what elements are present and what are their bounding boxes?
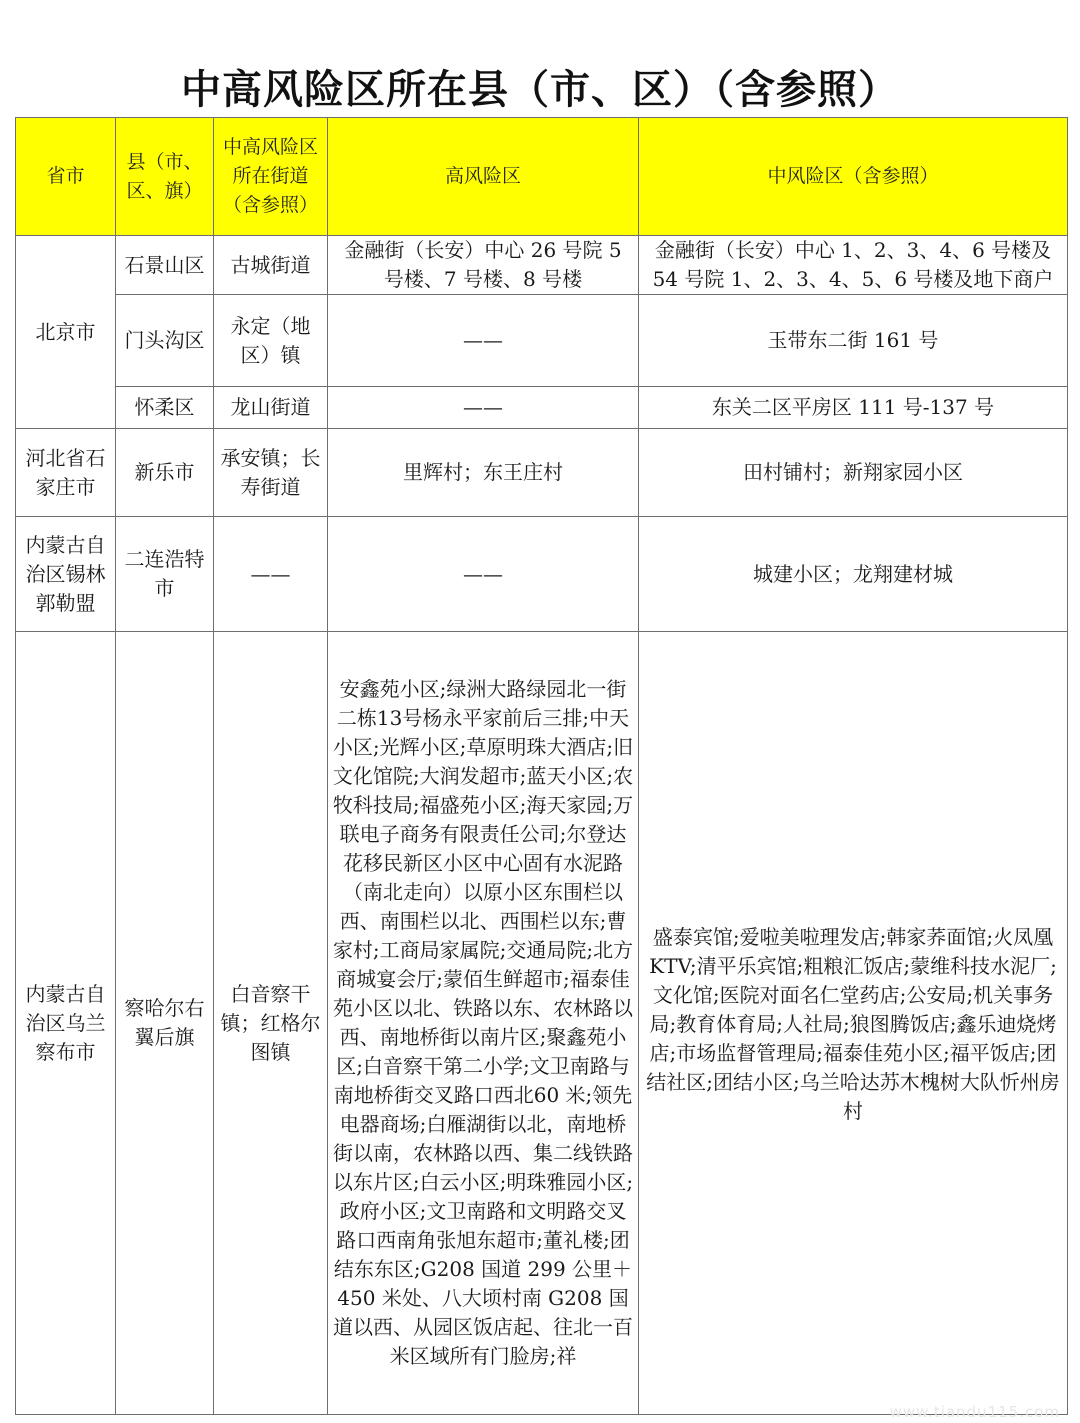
cell-street: ——: [214, 517, 328, 632]
table-row: 北京市 石景山区 古城街道 金融街（长安）中心 26 号院 5 号楼、7 号楼、…: [16, 236, 1068, 295]
cell-street: 永定（地区）镇: [214, 295, 328, 387]
header-street: 中高风险区所在街道（含参照）: [214, 118, 328, 236]
cell-street: 承安镇；长寿街道: [214, 429, 328, 517]
table-row: 怀柔区 龙山街道 —— 东关二区平房区 111 号-137 号: [16, 387, 1068, 429]
cell-medium-risk: 金融街（长安）中心 1、2、3、4、6 号楼及 54 号院 1、2、3、4、5、…: [639, 236, 1068, 295]
cell-high-risk: ——: [328, 295, 639, 387]
cell-medium-risk: 田村铺村；新翔家园小区: [639, 429, 1068, 517]
cell-county: 门头沟区: [116, 295, 214, 387]
header-county: 县（市、区、旗）: [116, 118, 214, 236]
cell-county: 石景山区: [116, 236, 214, 295]
cell-province-city: 北京市: [16, 236, 116, 429]
table-row: 门头沟区 永定（地区）镇 —— 玉带东二街 161 号: [16, 295, 1068, 387]
table-row: 河北省石家庄市 新乐市 承安镇；长寿街道 里辉村；东王庄村 田村铺村；新翔家园小…: [16, 429, 1068, 517]
cell-medium-risk: 玉带东二街 161 号: [639, 295, 1068, 387]
cell-street: 白音察干镇；红格尔图镇: [214, 632, 328, 1415]
cell-county: 二连浩特市: [116, 517, 214, 632]
cell-county: 察哈尔右翼后旗: [116, 632, 214, 1415]
cell-high-risk: 安鑫苑小区;绿洲大路绿园北一街二栋13号杨永平家前后三排;中天小区;光辉小区;草…: [328, 632, 639, 1415]
watermark: www.tiandu115.com: [890, 1403, 1060, 1421]
cell-medium-risk: 盛泰宾馆;爱啦美啦理发店;韩家荞面馆;火凤凰 KTV;清平乐宾馆;粗粮汇饭店;蒙…: [639, 632, 1068, 1415]
cell-province-city: 内蒙古自治区锡林郭勒盟: [16, 517, 116, 632]
table-row: 内蒙古自治区乌兰察布市 察哈尔右翼后旗 白音察干镇；红格尔图镇 安鑫苑小区;绿洲…: [16, 632, 1068, 1415]
cell-high-risk: 金融街（长安）中心 26 号院 5 号楼、7 号楼、8 号楼: [328, 236, 639, 295]
header-province-city: 省市: [16, 118, 116, 236]
cell-medium-risk: 城建小区；龙翔建材城: [639, 517, 1068, 632]
table-row: 内蒙古自治区锡林郭勒盟 二连浩特市 —— —— 城建小区；龙翔建材城: [16, 517, 1068, 632]
cell-medium-risk: 东关二区平房区 111 号-137 号: [639, 387, 1068, 429]
cell-high-risk: ——: [328, 387, 639, 429]
cell-county: 怀柔区: [116, 387, 214, 429]
header-medium-risk: 中风险区（含参照）: [639, 118, 1068, 236]
page-title: 中高风险区所在县（市、区）（含参照）: [0, 64, 1080, 116]
risk-area-table: 省市 县（市、区、旗） 中高风险区所在街道（含参照） 高风险区 中风险区（含参照…: [15, 117, 1068, 1415]
cell-high-risk: 里辉村；东王庄村: [328, 429, 639, 517]
cell-street: 龙山街道: [214, 387, 328, 429]
cell-province-city: 内蒙古自治区乌兰察布市: [16, 632, 116, 1415]
cell-high-risk: ——: [328, 517, 639, 632]
cell-street: 古城街道: [214, 236, 328, 295]
table-header-row: 省市 县（市、区、旗） 中高风险区所在街道（含参照） 高风险区 中风险区（含参照…: [16, 118, 1068, 236]
cell-county: 新乐市: [116, 429, 214, 517]
header-high-risk: 高风险区: [328, 118, 639, 236]
cell-province-city: 河北省石家庄市: [16, 429, 116, 517]
